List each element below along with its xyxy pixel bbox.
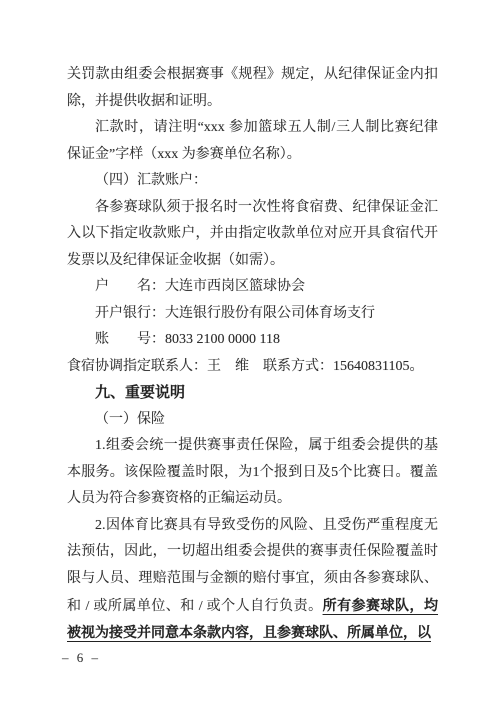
text-segment: 开户银行：大连银行股份有限公司体育场支行 xyxy=(95,306,375,321)
text-segment: 本服务。该保险覆盖时限，为1个报到日及5个比赛日。覆盖 xyxy=(67,465,438,480)
text-line: 汇款时，请注明“xxx 参加篮球五人制/三人制比赛纪律 xyxy=(67,115,438,142)
text-line: （四）汇款账户： xyxy=(67,168,438,195)
text-segment: 法预估，因此，一切超出组委会提供的赛事责任保险覆盖时 xyxy=(67,544,438,559)
document-page: 关罚款由组委会根据赛事《规程》规定，从纪律保证金内扣除，并提供收据和证明。汇款时… xyxy=(0,0,500,706)
text-line: （一）保险 xyxy=(67,407,438,434)
text-line: 食宿协调指定联系人：王 维 联系方式：15640831105。 xyxy=(67,354,438,381)
text-line: 和 / 或所属单位、和 / 或个人自行负责。所有参赛球队，均 xyxy=(67,592,438,619)
text-segment: 保证金”字样（xxx 为参赛单位名称）。 xyxy=(67,147,301,162)
text-segment: 账 号：8033 2100 0000 118 xyxy=(95,332,280,347)
text-segment: 1.组委会统一提供赛事责任保险，属于组委会提供的基 xyxy=(95,438,438,453)
text-line: 除，并提供收据和证明。 xyxy=(67,89,438,116)
text-line: 限与人员、理赔范围与金额的赔付事宜，须由各参赛球队、 xyxy=(67,566,438,593)
text-segment: 除，并提供收据和证明。 xyxy=(67,94,221,109)
document-body: 关罚款由组委会根据赛事《规程》规定，从纪律保证金内扣除，并提供收据和证明。汇款时… xyxy=(67,62,438,645)
text-line: 本服务。该保险覆盖时限，为1个报到日及5个比赛日。覆盖 xyxy=(67,460,438,487)
text-segment: 2.因体育比赛具有导致受伤的风险、且受伤严重程度无 xyxy=(95,518,438,533)
text-segment: 各参赛球队须于报名时一次性将食宿费、纪律保证金汇 xyxy=(95,200,438,215)
text-line: 开户银行：大连银行股份有限公司体育场支行 xyxy=(67,301,438,328)
text-line: 1.组委会统一提供赛事责任保险，属于组委会提供的基 xyxy=(67,433,438,460)
text-segment: 食宿协调指定联系人：王 维 联系方式：15640831105。 xyxy=(67,359,423,374)
text-line: 账 号：8033 2100 0000 118 xyxy=(67,327,438,354)
text-segment: 和 / 或所属单位、和 / 或个人自行负责。 xyxy=(67,599,323,614)
section-heading: 九、重要说明 xyxy=(67,380,438,407)
text-segment: （一）保险 xyxy=(95,412,165,427)
text-line: 2.因体育比赛具有导致受伤的风险、且受伤严重程度无 xyxy=(67,513,438,540)
text-line: 人员为符合参赛资格的正编运动员。 xyxy=(67,486,438,513)
text-line: 关罚款由组委会根据赛事《规程》规定，从纪律保证金内扣 xyxy=(67,62,438,89)
text-line: 法预估，因此，一切超出组委会提供的赛事责任保险覆盖时 xyxy=(67,539,438,566)
emphasized-text: 被视为接受并同意本条款内容，且参赛球队、所属单位，以 xyxy=(67,624,431,640)
text-segment: 发票以及纪律保证金收据（如需）。 xyxy=(67,253,284,268)
emphasized-text: 所有参赛球队，均 xyxy=(323,597,438,613)
text-segment: 户 名：大连市西岗区篮球协会 xyxy=(95,279,305,294)
text-segment: 九、重要说明 xyxy=(95,384,185,401)
text-line: 被视为接受并同意本条款内容，且参赛球队、所属单位，以 xyxy=(67,619,438,646)
text-segment: 人员为符合参赛资格的正编运动员。 xyxy=(67,491,291,506)
text-segment: （四）汇款账户： xyxy=(95,173,207,188)
text-line: 各参赛球队须于报名时一次性将食宿费、纪律保证金汇 xyxy=(67,195,438,222)
text-segment: 入以下指定收款账户，并由指定收款单位对应开具食宿代开 xyxy=(67,226,438,241)
text-line: 发票以及纪律保证金收据（如需）。 xyxy=(67,248,438,275)
page-number: – 6 – xyxy=(62,650,101,666)
text-segment: 限与人员、理赔范围与金额的赔付事宜，须由各参赛球队、 xyxy=(67,571,438,586)
text-line: 入以下指定收款账户，并由指定收款单位对应开具食宿代开 xyxy=(67,221,438,248)
text-segment: 汇款时，请注明“xxx 参加篮球五人制/三人制比赛纪律 xyxy=(95,120,438,135)
text-segment: 关罚款由组委会根据赛事《规程》规定，从纪律保证金内扣 xyxy=(67,67,438,82)
text-line: 户 名：大连市西岗区篮球协会 xyxy=(67,274,438,301)
text-line: 保证金”字样（xxx 为参赛单位名称）。 xyxy=(67,142,438,169)
